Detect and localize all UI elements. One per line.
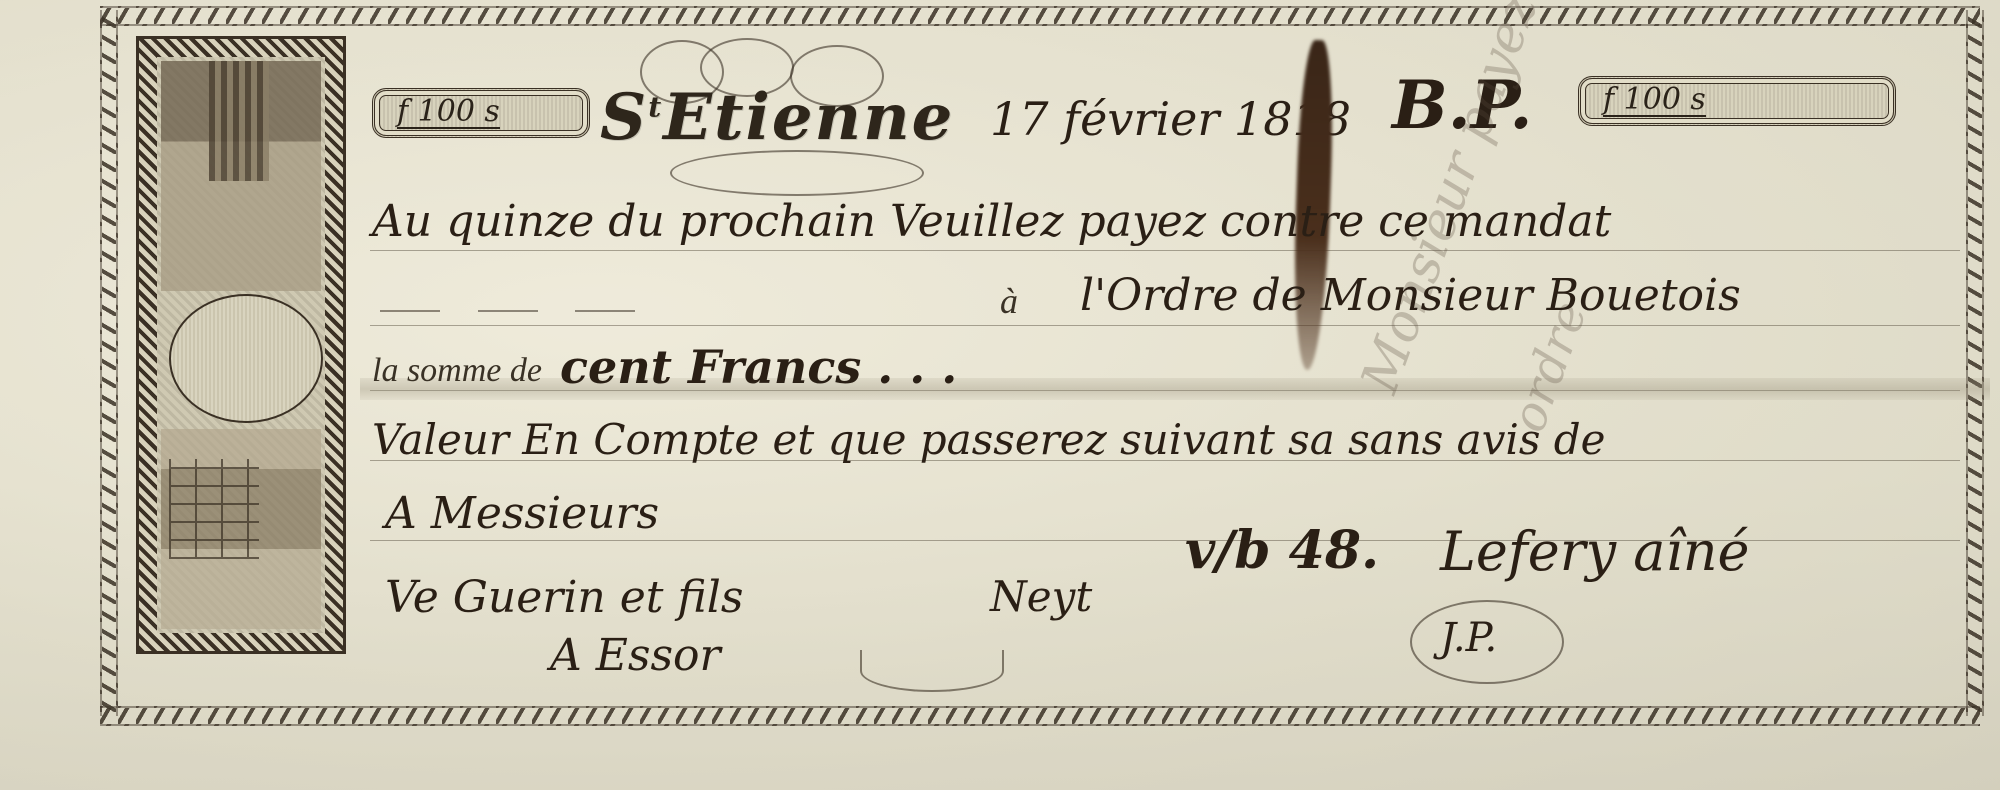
vignette-ornamental-frame: [139, 39, 343, 651]
addressee-note: Neyt: [990, 572, 1092, 621]
dash: [478, 310, 538, 312]
engraved-vignette: [136, 36, 346, 654]
border-left: [100, 10, 118, 716]
amount-cartouche-left: f 100 s: [372, 88, 590, 138]
printed-la-somme-de: la somme de: [372, 352, 542, 390]
city-prefix: S: [600, 80, 648, 155]
border-bottom: [100, 706, 1980, 726]
text-line-1: Au quinze du prochain Veuillez payez con…: [372, 196, 1611, 247]
text-line-4: Valeur En Compte et que passerez suivant…: [372, 415, 1606, 464]
amount-right: f 100 s: [1603, 85, 1706, 117]
text-line-2: l'Ordre de Monsieur Bouetois: [1080, 270, 1741, 321]
city-prefix-sup: t: [648, 91, 663, 124]
drawer-signature: Lefery aîné: [1440, 520, 1749, 583]
amount-in-words: cent Francs . . .: [560, 340, 957, 394]
ruled-line: [370, 325, 1960, 326]
amount-cartouche-right: f 100 s: [1578, 76, 1896, 126]
printed-a: à: [1000, 280, 1018, 322]
reference-number: v/b 48.: [1185, 520, 1379, 581]
calligraphic-flourish: [670, 150, 924, 196]
signature-paraph: J.P.: [1440, 615, 1497, 661]
addressee-place: A Essor: [550, 630, 721, 681]
border-right: [1966, 10, 1984, 716]
addressee-salutation: A Messieurs: [385, 488, 659, 539]
dash: [575, 310, 635, 312]
city-name: Etienne: [663, 80, 954, 155]
amount-left: f 100 s: [397, 97, 500, 129]
ruled-line: [370, 250, 1960, 251]
place-flourish: [860, 650, 1004, 692]
border-top: [100, 6, 1980, 26]
dash: [380, 310, 440, 312]
city-heading: StEtienne: [600, 80, 954, 155]
date: 17 février 1818: [990, 92, 1351, 146]
addressee-firm: Ve Guerin et fils: [385, 572, 743, 623]
